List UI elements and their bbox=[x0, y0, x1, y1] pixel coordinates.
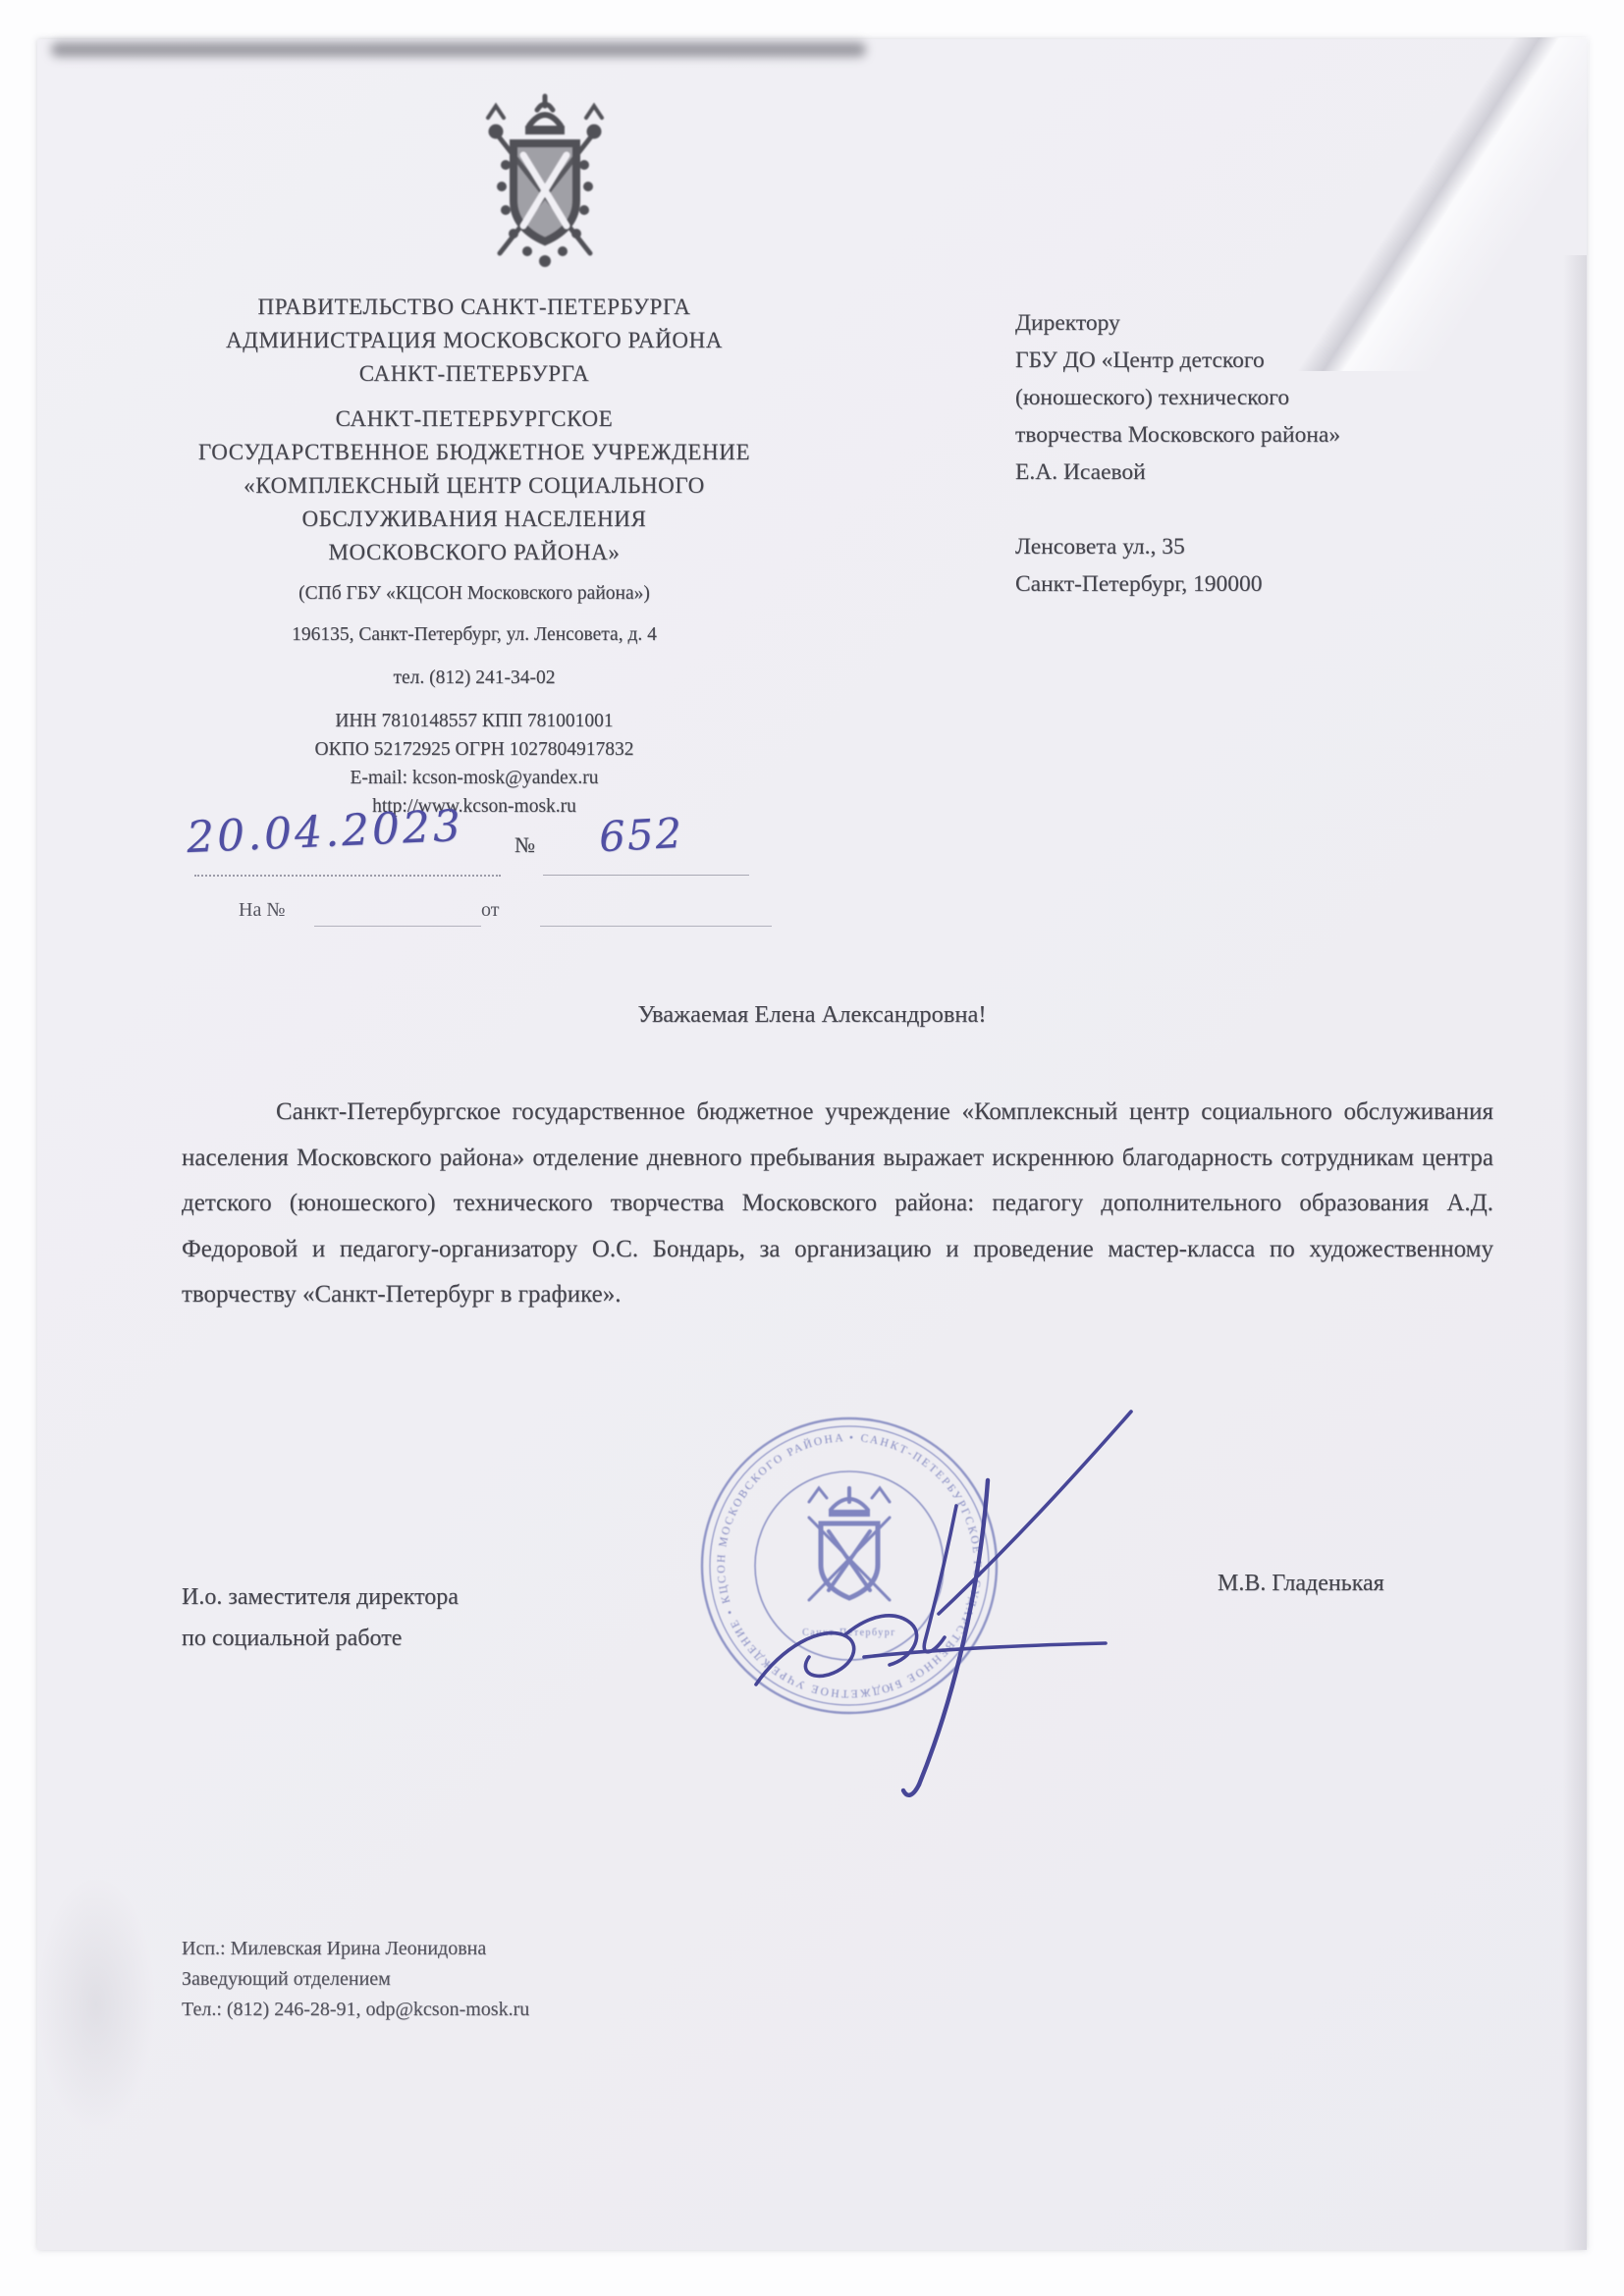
addressee-line: творчества Московского района» bbox=[1015, 416, 1457, 454]
signer-position: И.о. заместителя директора по социальной… bbox=[182, 1576, 459, 1659]
executor-name: Исп.: Милевская Ирина Леонидовна bbox=[182, 1934, 529, 1964]
letterhead-line: САНКТ-ПЕТЕРБУРГСКОЕ bbox=[128, 402, 821, 436]
addressee-line: Директору bbox=[1015, 304, 1457, 342]
reply-from-date-label: от bbox=[481, 899, 499, 922]
letterhead-inn-kpp: ИНН 7810148557 КПП 781001001 bbox=[128, 707, 821, 735]
letter-paper: ПРАВИТЕЛЬСТВО САНКТ-ПЕТЕРБУРГА АДМИНИСТР… bbox=[37, 39, 1587, 2250]
addressee-name: Е.А. Исаевой bbox=[1015, 454, 1457, 491]
addressee-street: Ленсовета ул., 35 bbox=[1015, 528, 1457, 565]
letterhead-line: «КОМПЛЕКСНЫЙ ЦЕНТР СОЦИАЛЬНОГО bbox=[128, 469, 821, 503]
reply-number-underline bbox=[314, 926, 481, 927]
date-underline bbox=[194, 875, 501, 877]
signer-position-line: по социальной работе bbox=[182, 1618, 459, 1659]
handwritten-date: 20.04.2023 bbox=[186, 801, 464, 863]
signer-name: М.В. Гладенькая bbox=[1218, 1571, 1384, 1597]
letterhead-line: ГОСУДАРСТВЕННОЕ БЮДЖЕТНОЕ УЧРЕЖДЕНИЕ bbox=[128, 436, 821, 469]
scan-bottom-shadow bbox=[37, 1877, 155, 2132]
signer-position-line: И.о. заместителя директора bbox=[182, 1576, 459, 1618]
letterhead-line: АДМИНИСТРАЦИЯ МОСКОВСКОГО РАЙОНА bbox=[128, 324, 821, 357]
letterhead-phone: тел. (812) 241-34-02 bbox=[128, 664, 821, 692]
scan-right-shadow bbox=[1563, 255, 1587, 2250]
addressee-city: Санкт-Петербург, 190000 bbox=[1015, 565, 1457, 603]
letterhead-postal-address: 196135, Санкт-Петербург, ул. Ленсовета, … bbox=[128, 620, 821, 649]
handwritten-outgoing-number: 652 bbox=[598, 809, 685, 861]
letter-body-paragraph: Санкт-Петербургское государственное бюдж… bbox=[182, 1090, 1493, 1318]
spb-coat-of-arms-icon bbox=[472, 88, 618, 293]
scanned-letter-canvas: ПРАВИТЕЛЬСТВО САНКТ-ПЕТЕРБУРГА АДМИНИСТР… bbox=[0, 0, 1624, 2296]
salutation: Уважаемая Елена Александровна! bbox=[37, 1001, 1587, 1029]
signature-handwriting bbox=[662, 1390, 1153, 1812]
letterhead-line: МОСКОВСКОГО РАЙОНА» bbox=[128, 536, 821, 569]
addressee-line: (юношеского) технического bbox=[1015, 379, 1457, 416]
number-sign: № bbox=[514, 832, 535, 858]
executor-position: Заведующий отделением bbox=[182, 1964, 529, 1995]
letterhead-line: ОБСЛУЖИВАНИЯ НАСЕЛЕНИЯ bbox=[128, 503, 821, 536]
addressee-line: ГБУ ДО «Центр детского bbox=[1015, 342, 1457, 379]
number-underline bbox=[543, 875, 749, 876]
letterhead-short-name: (СПб ГБУ «КЦСОН Московского района») bbox=[128, 579, 821, 608]
scan-top-edge-shadow bbox=[51, 42, 866, 57]
executor-footer: Исп.: Милевская Ирина Леонидовна Заведую… bbox=[182, 1934, 529, 2025]
letterhead-line: САНКТ-ПЕТЕРБУРГА bbox=[128, 357, 821, 391]
reply-to-number-label: На № bbox=[239, 899, 285, 922]
executor-contacts: Тел.: (812) 246-28-91, odp@kcson-mosk.ru bbox=[182, 1995, 529, 2025]
addressee-block: Директору ГБУ ДО «Центр детского (юношес… bbox=[1015, 304, 1457, 603]
letterhead-okpo-ogrn: ОКПО 52172925 ОГРН 1027804917832 bbox=[128, 735, 821, 764]
letterhead-email: E-mail: kcson-mosk@yandex.ru bbox=[128, 764, 821, 792]
letterhead-line: ПРАВИТЕЛЬСТВО САНКТ-ПЕТЕРБУРГА bbox=[128, 291, 821, 324]
reply-date-underline bbox=[540, 926, 772, 927]
letterhead: ПРАВИТЕЛЬСТВО САНКТ-ПЕТЕРБУРГА АДМИНИСТР… bbox=[128, 291, 821, 821]
